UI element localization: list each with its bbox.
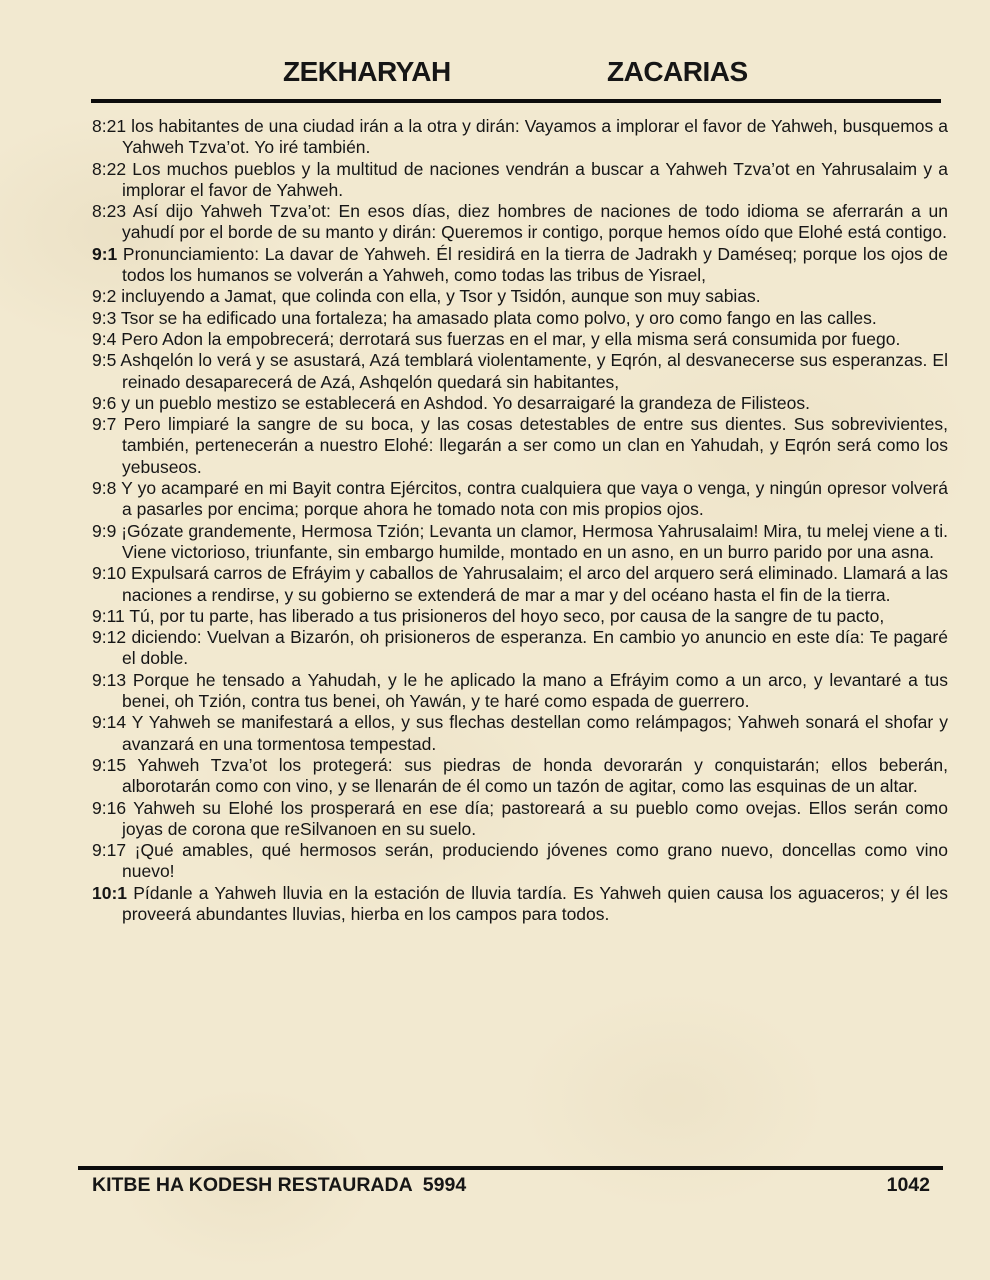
verse-text: los habitantes de una ciudad irán a la o… <box>122 116 948 157</box>
verse-number: 9:6 <box>92 393 116 413</box>
verse: 10:1 Pídanle a Yahweh lluvia en la estac… <box>92 883 948 926</box>
verse-text: Expulsará carros de Efráyim y caballos d… <box>122 563 948 604</box>
verse-number: 9:5 <box>92 350 116 370</box>
verse: 9:6 y un pueblo mestizo se establecerá e… <box>92 393 948 414</box>
page-title-left: ZEKHARYAH <box>283 56 451 88</box>
verse-text: Así dijo Yahweh Tzva’ot: En esos días, d… <box>122 201 948 242</box>
verse-number: 10:1 <box>92 883 127 903</box>
verse: 8:21 los habitantes de una ciudad irán a… <box>92 116 948 159</box>
verse: 8:22 Los muchos pueblos y la multitud de… <box>92 159 948 202</box>
verse-text: incluyendo a Jamat, que colinda con ella… <box>121 286 760 306</box>
verse-text: Pronunciamiento: La davar de Yahweh. Él … <box>122 244 948 285</box>
verse-text: Yahweh Tzva’ot los protegerá: sus piedra… <box>122 755 948 796</box>
verse-number: 9:16 <box>92 798 126 818</box>
verse: 9:16 Yahweh su Elohé los prosperará en e… <box>92 798 948 841</box>
verse: 9:3 Tsor se ha edificado una fortaleza; … <box>92 308 948 329</box>
verse-number: 9:2 <box>92 286 116 306</box>
verse-text: Y Yahweh se manifestará a ellos, y sus f… <box>122 712 948 753</box>
verse: 9:8 Y yo acamparé en mi Bayit contra Ejé… <box>92 478 948 521</box>
verse-text: Ashqelón lo verá y se asustará, Azá temb… <box>120 350 948 391</box>
verse-number: 8:21 <box>92 116 126 136</box>
document-page: ZEKHARYAH ZACARIAS 8:21 los habitantes d… <box>0 0 990 1280</box>
verse: 9:14 Y Yahweh se manifestará a ellos, y … <box>92 712 948 755</box>
verse-text: Tú, por tu parte, has liberado a tus pri… <box>129 606 884 626</box>
verse-text: Pero limpiaré la sangre de su boca, y la… <box>122 414 948 477</box>
verse: 9:1 Pronunciamiento: La davar de Yahweh.… <box>92 244 948 287</box>
verse: 9:17 ¡Qué amables, qué hermosos serán, p… <box>92 840 948 883</box>
verse-text: ¡Gózate grandemente, Hermosa Tzión; Leva… <box>121 521 948 562</box>
verse: 9:12 diciendo: Vuelvan a Bizarón, oh pri… <box>92 627 948 670</box>
verse-number: 9:17 <box>92 840 126 860</box>
verse: 9:15 Yahweh Tzva’ot los protegerá: sus p… <box>92 755 948 798</box>
verse-number: 9:11 <box>92 606 125 626</box>
verse-text: Los muchos pueblos y la multitud de naci… <box>122 159 948 200</box>
verse-text: Tsor se ha edificado una fortaleza; ha a… <box>121 308 877 328</box>
verse-text: Porque he tensado a Yahudah, y le he apl… <box>122 670 948 711</box>
verse-list: 8:21 los habitantes de una ciudad irán a… <box>92 116 948 1162</box>
verse-number: 8:23 <box>92 201 126 221</box>
verse-number: 9:13 <box>92 670 126 690</box>
verse-number: 9:3 <box>92 308 116 328</box>
verse: 9:2 incluyendo a Jamat, que colinda con … <box>92 286 948 307</box>
verse-number: 8:22 <box>92 159 126 179</box>
verse: 9:13 Porque he tensado a Yahudah, y le h… <box>92 670 948 713</box>
verse: 8:23 Así dijo Yahweh Tzva’ot: En esos dí… <box>92 201 948 244</box>
verse-text: diciendo: Vuelvan a Bizarón, oh prisione… <box>122 627 948 668</box>
verse: 9:9 ¡Gózate grandemente, Hermosa Tzión; … <box>92 521 948 564</box>
verse-number: 9:14 <box>92 712 126 732</box>
verse-text: Pídanle a Yahweh lluvia en la estación d… <box>122 883 948 924</box>
verse-number: 9:4 <box>92 329 116 349</box>
footer-edition-label: KITBE HA KODESH RESTAURADA 5994 <box>92 1174 466 1197</box>
verse-number: 9:7 <box>92 414 116 434</box>
verse-number: 9:15 <box>92 755 126 775</box>
verse-text: y un pueblo mestizo se establecerá en As… <box>121 393 810 413</box>
verse: 9:10 Expulsará carros de Efráyim y cabal… <box>92 563 948 606</box>
header-rule <box>91 99 941 103</box>
footer-page-number: 1042 <box>887 1174 930 1197</box>
verse-text: Yahweh su Elohé los prosperará en ese dí… <box>122 798 948 839</box>
verse-text: Y yo acamparé en mi Bayit contra Ejércit… <box>121 478 948 519</box>
page-title-right: ZACARIAS <box>607 56 748 88</box>
verse: 9:7 Pero limpiaré la sangre de su boca, … <box>92 414 948 478</box>
verse-number: 9:8 <box>92 478 116 498</box>
verse-text: Pero Adon la empobrecerá; derrotará sus … <box>121 329 900 349</box>
verse-number: 9:10 <box>92 563 126 583</box>
verse: 9:4 Pero Adon la empobrecerá; derrotará … <box>92 329 948 350</box>
verse-text: ¡Qué amables, qué hermosos serán, produc… <box>122 840 948 881</box>
verse-number: 9:9 <box>92 521 116 541</box>
verse: 9:5 Ashqelón lo verá y se asustará, Azá … <box>92 350 948 393</box>
verse: 9:11 Tú, por tu parte, has liberado a tu… <box>92 606 948 627</box>
footer-rule <box>78 1166 943 1170</box>
verse-number: 9:1 <box>92 244 117 264</box>
verse-number: 9:12 <box>92 627 126 647</box>
page-footer: KITBE HA KODESH RESTAURADA 5994 1042 <box>92 1174 930 1197</box>
